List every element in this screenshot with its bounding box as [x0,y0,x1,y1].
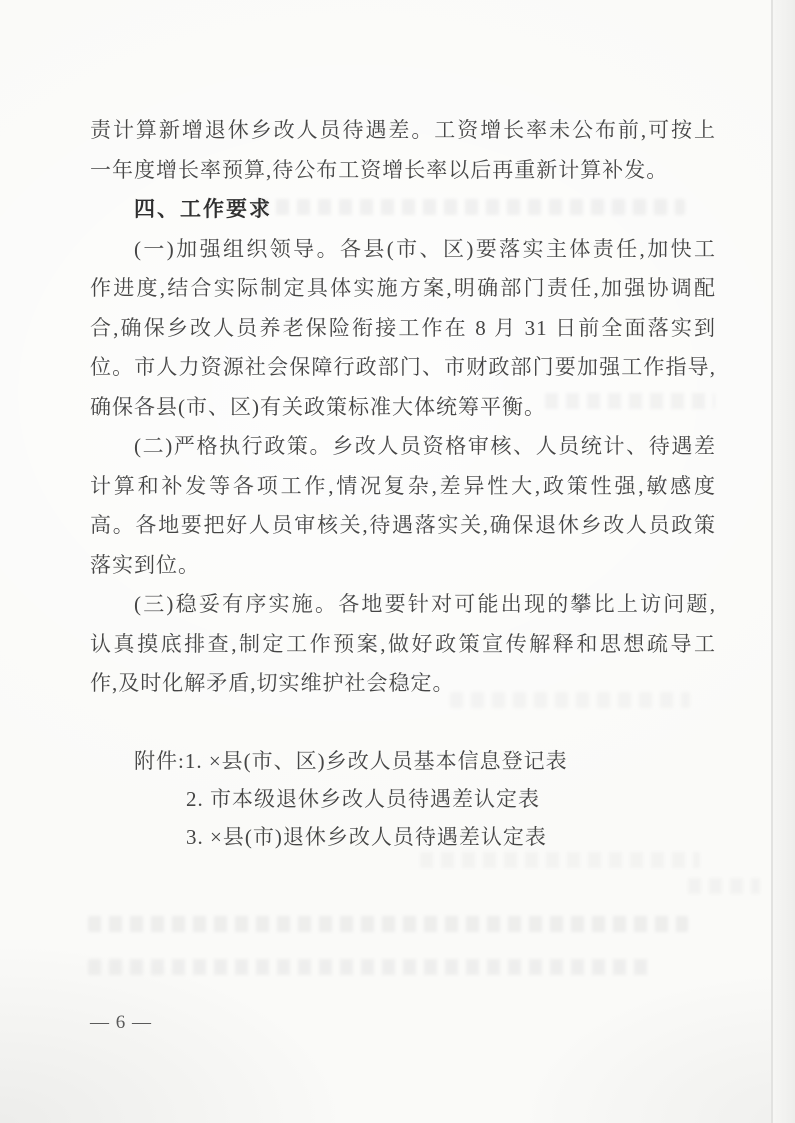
body-line: 认真摸底排查,制定工作预案,做好政策宣传解释和思想疏导工 [90,625,716,665]
body-line: 作进度,结合实际制定具体实施方案,明确部门责任,加强协调配 [90,269,716,309]
body-line: 计算和补发等各项工作,情况复杂,差异性大,政策性强,敏感度 [90,467,716,507]
body-line: 位。市人力资源社会保障行政部门、市财政部门要加强工作指导, [90,348,716,388]
body-line: 作,及时化解矛盾,切实维护社会稳定。 [90,664,716,704]
bleedthrough-artifact [88,959,648,975]
body-line: 落实到位。 [90,546,716,586]
bleedthrough-artifact [88,916,688,932]
bleedthrough-artifact [688,878,760,894]
body-line: (一)加强组织领导。各县(市、区)要落实主体责任,加快工 [90,230,716,270]
attachments-list: 附件:1. ×县(市、区)乡改人员基本信息登记表 2. 市本级退休乡改人员待遇差… [90,742,716,856]
attachment-item: 2. 市本级退休乡改人员待遇差认定表 [90,780,716,818]
body-line: (三)稳妥有序实施。各地要针对可能出现的攀比上访问题, [90,585,716,625]
page-edge-line [771,0,773,1123]
attachment-item: 3. ×县(市)退休乡改人员待遇差认定表 [90,818,716,856]
body-line: 合,确保乡改人员养老保险衔接工作在 8 月 31 日前全面落实到 [90,309,716,349]
attachment-line: 附件:1. ×县(市、区)乡改人员基本信息登记表 [90,742,716,780]
scanned-document-page: 责计算新增退休乡改人员待遇差。工资增长率未公布前,可按上 一年度增长率预算,待公… [0,0,795,1123]
section-heading: 四、工作要求 [90,190,716,230]
page-number: — 6 — [90,1012,152,1034]
body-line: 确保各县(市、区)有关政策标准大体统筹平衡。 [90,388,716,428]
attachments-label: 附件: [134,749,185,773]
body-line: (二)严格执行政策。乡改人员资格审核、人员统计、待遇差 [90,427,716,467]
body-line: 一年度增长率预算,待公布工资增长率以后再重新计算补发。 [90,151,716,191]
document-body: 责计算新增退休乡改人员待遇差。工资增长率未公布前,可按上 一年度增长率预算,待公… [90,111,716,856]
body-line: 高。各地要把好人员审核关,待遇落实关,确保退休乡改人员政策 [90,506,716,546]
body-line: 责计算新增退休乡改人员待遇差。工资增长率未公布前,可按上 [90,111,716,151]
attachment-item: 1. ×县(市、区)乡改人员基本信息登记表 [185,749,568,773]
page-edge-zone [773,0,795,1123]
